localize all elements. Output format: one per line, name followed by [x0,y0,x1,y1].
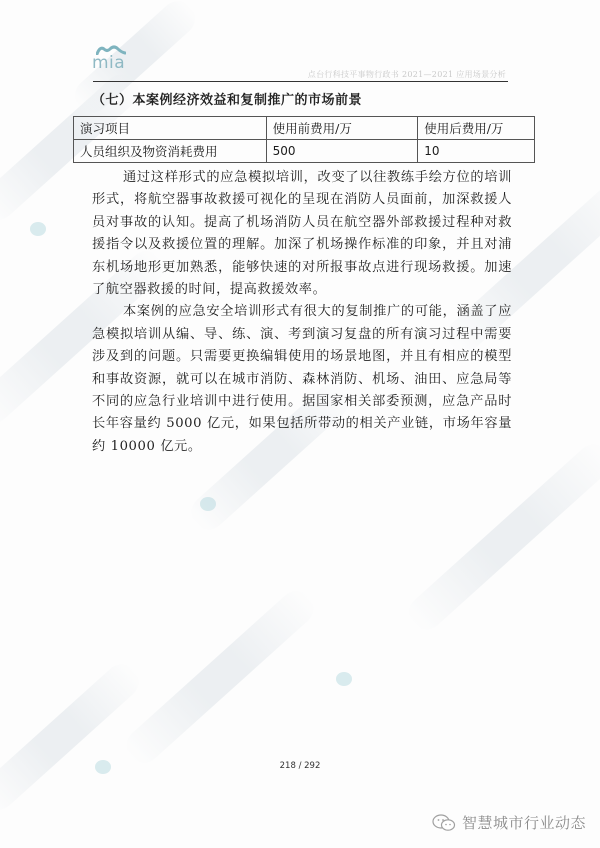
watermark [119,584,320,770]
document-page: mia 点台行科技平事物行政书 2021—2021 应用场景分析 （七）本案例经… [0,0,600,848]
paragraph: 本案例的应急安全培训形式有很大的复制推广的可能，涵盖了应急模拟培训从编、导、练、… [92,301,512,458]
watermark [0,657,146,816]
running-header-title: 点台行科技平事物行政书 2021—2021 应用场景分析 [308,69,506,80]
table-header-cell: 使用前费用/万 [266,117,418,140]
table-cell-cost-after: 10 [418,140,535,163]
table-row: 人员组织及物资消耗费用 500 10 [74,140,535,163]
logo-text: mia [92,53,125,73]
publisher-logo: mia [92,45,132,79]
paragraph: 通过这样形式的应急模拟培训，改变了以往教练手绘方位的培训形式，将航空器事故救援可… [92,167,512,301]
section-heading: （七）本案例经济效益和复制推广的市场前景 [92,89,362,108]
table-header-cell: 使用后费用/万 [418,117,535,140]
table-header-row: 演习项目 使用前费用/万 使用后费用/万 [74,117,535,140]
wechat-icon [432,814,456,832]
table-cell-cost-before: 500 [266,140,418,163]
watermark [402,437,600,636]
watermark-logo-icon [200,497,216,511]
body-text: 通过这样形式的应急模拟培训，改变了以往教练手绘方位的培训形式，将航空器事故救援可… [92,167,512,458]
watermark-logo-icon [336,672,352,686]
header-divider [93,81,508,82]
wechat-account-brand: 智慧城市行业动态 [432,812,586,833]
table-cell-item: 人员组织及物资消耗费用 [74,140,267,163]
page-number: 218 / 292 [0,761,600,771]
cost-comparison-table: 演习项目 使用前费用/万 使用后费用/万 人员组织及物资消耗费用 500 10 [73,116,535,163]
table-header-cell: 演习项目 [74,117,267,140]
watermark-logo-icon [30,222,46,236]
brand-name: 智慧城市行业动态 [462,812,586,833]
